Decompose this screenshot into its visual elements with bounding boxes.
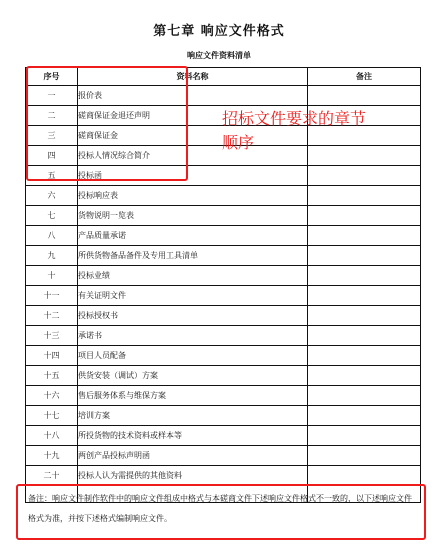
row-number: 十二 (26, 306, 78, 326)
row-document-name: 产品质量承诺 (78, 226, 308, 246)
row-document-name: 所投货物的技术资料或样本等 (78, 426, 308, 446)
row-number: 十七 (26, 406, 78, 426)
row-document-name: 有关证明文件 (78, 286, 308, 306)
row-document-name: 投标业绩 (78, 266, 308, 286)
annotation-line-1: 招标文件要求的章节 (222, 107, 422, 131)
row-document-name: 承诺书 (78, 326, 308, 346)
table-header-row: 序号 资料名称 备注 (26, 68, 421, 86)
row-remark (308, 306, 421, 326)
row-remark (308, 386, 421, 406)
row-remark (308, 86, 421, 106)
row-number: 十四 (26, 346, 78, 366)
row-number: 十五 (26, 366, 78, 386)
row-document-name: 投标人认为需提供的其他资料 (78, 466, 308, 486)
row-document-name: 投标授权书 (78, 306, 308, 326)
row-number: 六 (26, 186, 78, 206)
row-number: 十一 (26, 286, 78, 306)
row-number: 三 (26, 126, 78, 146)
table-row: 十二投标授权书 (26, 306, 421, 326)
row-number: 一 (26, 86, 78, 106)
remark-note: 备注：响应文件制作软件中的响应文件组成中格式与本磋商文件下述响应文件格式不一致的… (28, 489, 418, 529)
table-row: 十三承诺书 (26, 326, 421, 346)
table-row: 十一有关证明文件 (26, 286, 421, 306)
row-number: 八 (26, 226, 78, 246)
row-number: 五 (26, 166, 78, 186)
row-remark (308, 246, 421, 266)
table-row: 十九两创产品投标声明函 (26, 446, 421, 466)
row-number: 二十 (26, 466, 78, 486)
row-remark (308, 186, 421, 206)
table-row: 一报价表 (26, 86, 421, 106)
row-document-name: 报价表 (78, 86, 308, 106)
row-remark (308, 426, 421, 446)
table-row: 十四项目人员配备 (26, 346, 421, 366)
row-document-name: 货物说明一览表 (78, 206, 308, 226)
row-remark (308, 466, 421, 486)
table-row: 九所供货物备品备件及专用工具清单 (26, 246, 421, 266)
row-number: 二 (26, 106, 78, 126)
header-document-name: 资料名称 (78, 68, 308, 86)
table-row: 十六售后服务体系与维保方案 (26, 386, 421, 406)
annotation-line-2: 顺序 (222, 131, 422, 155)
table-row: 十八所投货物的技术资料或样本等 (26, 426, 421, 446)
row-remark (308, 406, 421, 426)
row-document-name: 投标函 (78, 166, 308, 186)
row-remark (308, 206, 421, 226)
row-remark (308, 266, 421, 286)
table-row: 十七培训方案 (26, 406, 421, 426)
table-row: 八产品质量承诺 (26, 226, 421, 246)
row-document-name: 两创产品投标声明函 (78, 446, 308, 466)
row-remark (308, 446, 421, 466)
table-row: 五投标函 (26, 166, 421, 186)
row-document-name: 售后服务体系与维保方案 (78, 386, 308, 406)
row-document-name: 项目人员配备 (78, 346, 308, 366)
table-row: 十五供货安装（调试）方案 (26, 366, 421, 386)
row-document-name: 投标响应表 (78, 186, 308, 206)
chapter-title: 第七章 响应文件格式 (0, 20, 438, 39)
row-document-name: 供货安装（调试）方案 (78, 366, 308, 386)
row-document-name: 所供货物备品备件及专用工具清单 (78, 246, 308, 266)
row-number: 十六 (26, 386, 78, 406)
table-row: 二十投标人认为需提供的其他资料 (26, 466, 421, 486)
row-remark (308, 226, 421, 246)
row-number: 七 (26, 206, 78, 226)
row-number: 十九 (26, 446, 78, 466)
row-remark (308, 326, 421, 346)
header-serial: 序号 (26, 68, 78, 86)
row-remark (308, 286, 421, 306)
annotation-text: 招标文件要求的章节 顺序 (222, 107, 422, 155)
row-remark (308, 166, 421, 186)
row-number: 四 (26, 146, 78, 166)
row-number: 九 (26, 246, 78, 266)
header-remark: 备注 (308, 68, 421, 86)
table-row: 七货物说明一览表 (26, 206, 421, 226)
row-document-name: 培训方案 (78, 406, 308, 426)
table-subtitle: 响应文件资料清单 (0, 50, 438, 61)
row-number: 十八 (26, 426, 78, 446)
row-remark (308, 346, 421, 366)
table-row: 十投标业绩 (26, 266, 421, 286)
row-remark (308, 366, 421, 386)
table-row: 六投标响应表 (26, 186, 421, 206)
row-number: 十三 (26, 326, 78, 346)
row-number: 十 (26, 266, 78, 286)
